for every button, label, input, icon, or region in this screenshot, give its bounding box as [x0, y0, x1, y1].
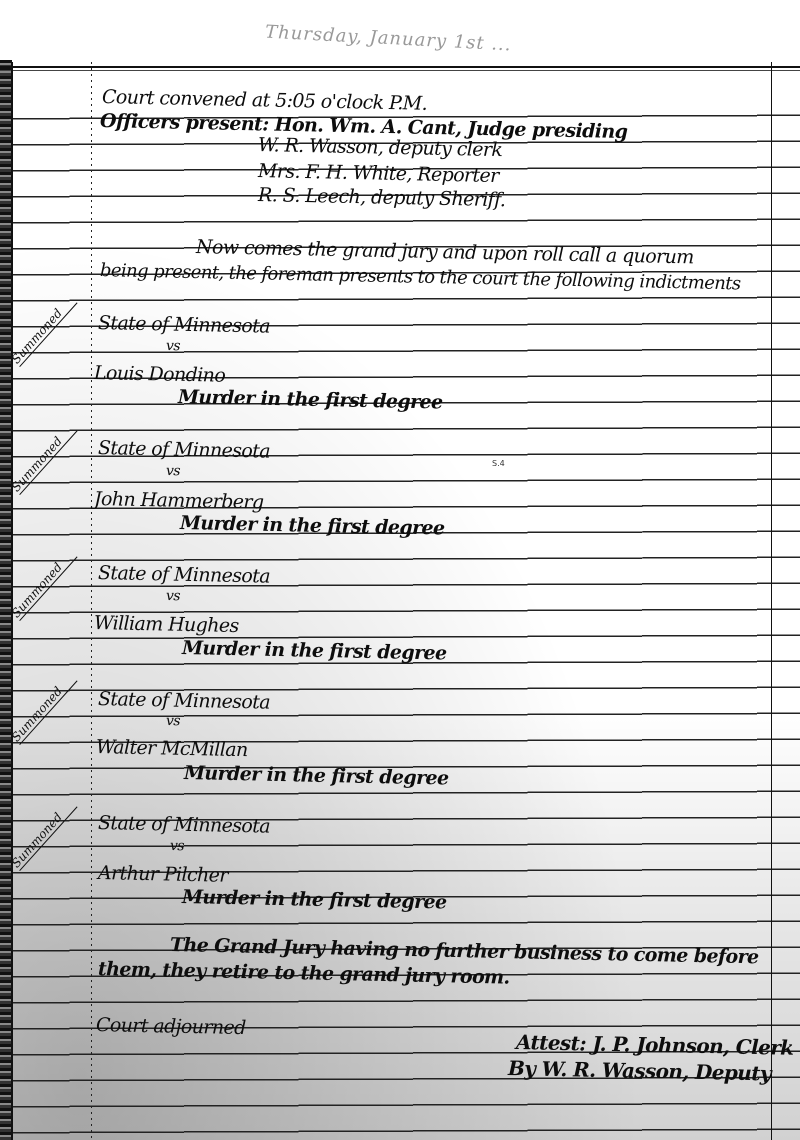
plaintiff: State of Minnesota — [98, 437, 270, 463]
header-rule-secondary — [0, 70, 800, 71]
defendant: Walter McMillan — [96, 736, 248, 761]
page-mark: S.4 — [492, 459, 505, 468]
versus: vs — [166, 588, 180, 604]
defendant: William Hughes — [94, 612, 239, 637]
header-note: Thursday, January 1st ... — [265, 22, 512, 56]
defendant: Arthur Pilcher — [98, 862, 228, 887]
plaintiff: State of Minnesota — [98, 812, 270, 838]
plaintiff: State of Minnesota — [98, 688, 270, 714]
ledger-page: Thursday, January 1st ... Court convened… — [0, 0, 800, 1140]
versus: vs — [166, 338, 180, 354]
plaintiff: State of Minnesota — [98, 562, 270, 588]
versus: vs — [166, 463, 180, 479]
defendant: John Hammerberg — [94, 488, 264, 514]
versus: vs — [166, 713, 180, 729]
right-margin-rule — [771, 62, 772, 1140]
plaintiff: State of Minnesota — [98, 312, 270, 338]
versus: vs — [170, 838, 184, 854]
court-adjourned: Court adjourned — [96, 1014, 246, 1039]
left-margin-rule — [11, 62, 13, 1140]
header-rule — [0, 66, 800, 68]
inner-margin-rule — [91, 62, 92, 1140]
defendant: Louis Dondino — [94, 362, 226, 387]
